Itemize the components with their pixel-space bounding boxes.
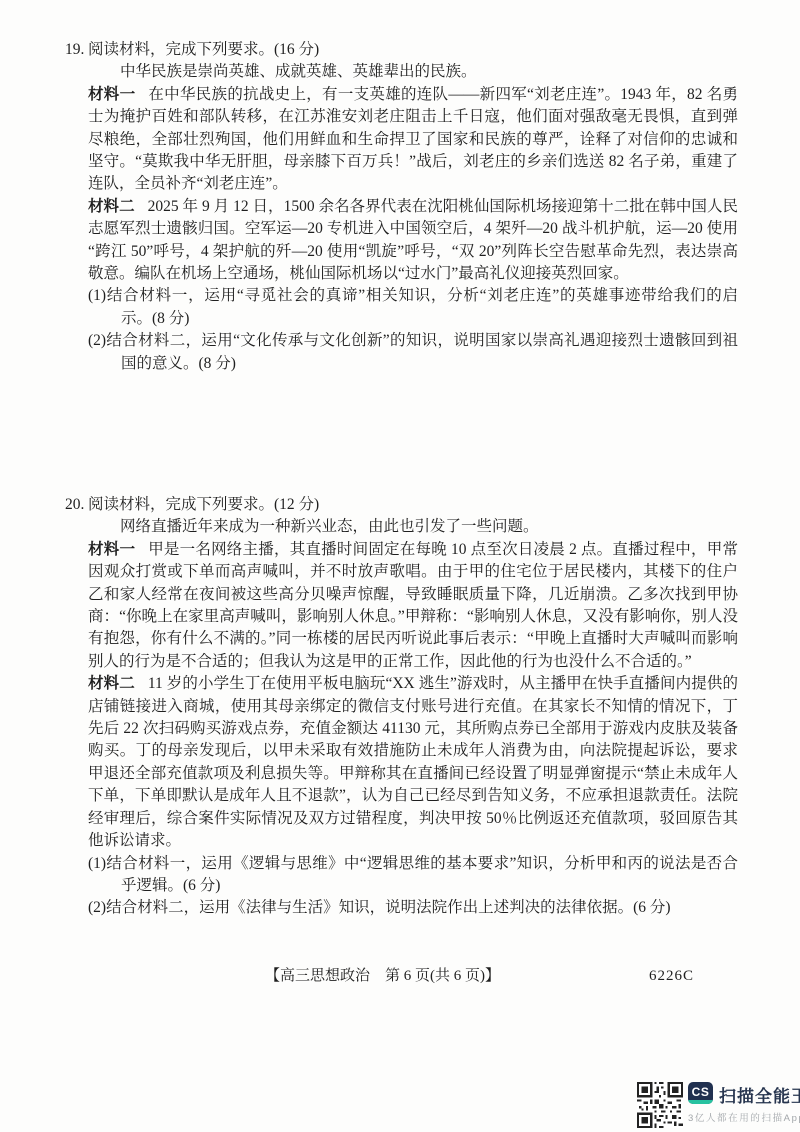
question-19-header-row: 19. 阅读材料，完成下列要求。(16 分)	[88, 39, 738, 61]
question-20-material-2: 材料二11 岁的小学生丁在使用平板电脑玩“XX 逃生”游戏时，从主播甲在快手直播…	[88, 673, 738, 852]
question-20-material-1: 材料一甲是一名网络主播，其直播时间固定在每晚 10 点至次日凌晨 2 点。直播过…	[88, 539, 738, 673]
question-19-intro: 中华民族是崇尚英雄、成就英雄、英雄辈出的民族。	[88, 61, 738, 83]
question-20: 20. 阅读材料，完成下列要求。(12 分) 网络直播近年来成为一种新兴业态，由…	[88, 494, 738, 920]
material-1-label: 材料一	[88, 541, 135, 558]
question-20-header-row: 20. 阅读材料，完成下列要求。(12 分)	[88, 494, 738, 516]
question-20-subquestion-1: (1)结合材料一，运用《逻辑与思维》中“逻辑思维的基本要求”知识，分析甲和丙的说…	[88, 853, 738, 898]
question-20-header: 阅读材料，完成下列要求。(12 分)	[88, 496, 319, 513]
question-19: 19. 阅读材料，完成下列要求。(16 分) 中华民族是崇尚英雄、成就英雄、英雄…	[88, 39, 738, 375]
question-20-number: 20.	[65, 494, 84, 516]
question-19-header: 阅读材料，完成下列要求。(16 分)	[88, 41, 319, 58]
camscanner-watermark: CS 扫描全能王 3亿人都在用的扫描App	[637, 1080, 797, 1130]
qr-code-icon	[637, 1082, 683, 1128]
question-20-subquestion-2: (2)结合材料二，运用《法律与生活》知识，说明法院作出上述判决的法律依据。(6 …	[88, 897, 738, 919]
paper-code: 6226C	[649, 964, 694, 988]
material-2-text: 11 岁的小学生丁在使用平板电脑玩“XX 逃生”游戏时，从主播甲在快手直播间内提…	[88, 675, 738, 849]
material-1-text: 甲是一名网络主播，其直播时间固定在每晚 10 点至次日凌晨 2 点。直播过程中，…	[88, 541, 738, 670]
camscanner-tagline: 3亿人都在用的扫描App	[688, 1110, 800, 1124]
camscanner-app-name: 扫描全能王	[719, 1082, 800, 1107]
page-footer: 【高三思想政治 第 6 页(共 6 页)】 6226C	[0, 964, 800, 988]
question-19-number: 19.	[65, 39, 84, 61]
question-19-material-2: 材料二2025 年 9 月 12 日，1500 余名各界代表在沈阳桃仙国际机场接…	[88, 196, 738, 286]
material-1-text: 在中华民族的抗战史上，有一支英雄的连队——新四军“刘老庄连”。1943 年，82…	[88, 86, 738, 193]
question-20-intro: 网络直播近年来成为一种新兴业态，由此也引发了一些问题。	[88, 516, 738, 538]
material-2-label: 材料二	[88, 198, 135, 215]
material-2-label: 材料二	[88, 675, 135, 692]
question-19-subquestion-1: (1)结合材料一，运用“寻觅社会的真谛”相关知识，分析“刘老庄连”的英雄事迹带给…	[88, 285, 738, 330]
material-1-label: 材料一	[88, 86, 135, 103]
camscanner-logo-icon: CS	[688, 1082, 713, 1104]
page-number-label: 【高三思想政治 第 6 页(共 6 页)】	[265, 964, 500, 988]
question-19-subquestion-2: (2)结合材料二，运用“文化传承与文化创新”的知识，说明国家以崇高礼遇迎接烈士遗…	[88, 330, 738, 375]
material-2-text: 2025 年 9 月 12 日，1500 余名各界代表在沈阳桃仙国际机场接迎第十…	[88, 198, 738, 282]
question-19-material-1: 材料一在中华民族的抗战史上，有一支英雄的连队——新四军“刘老庄连”。1943 年…	[88, 84, 738, 196]
